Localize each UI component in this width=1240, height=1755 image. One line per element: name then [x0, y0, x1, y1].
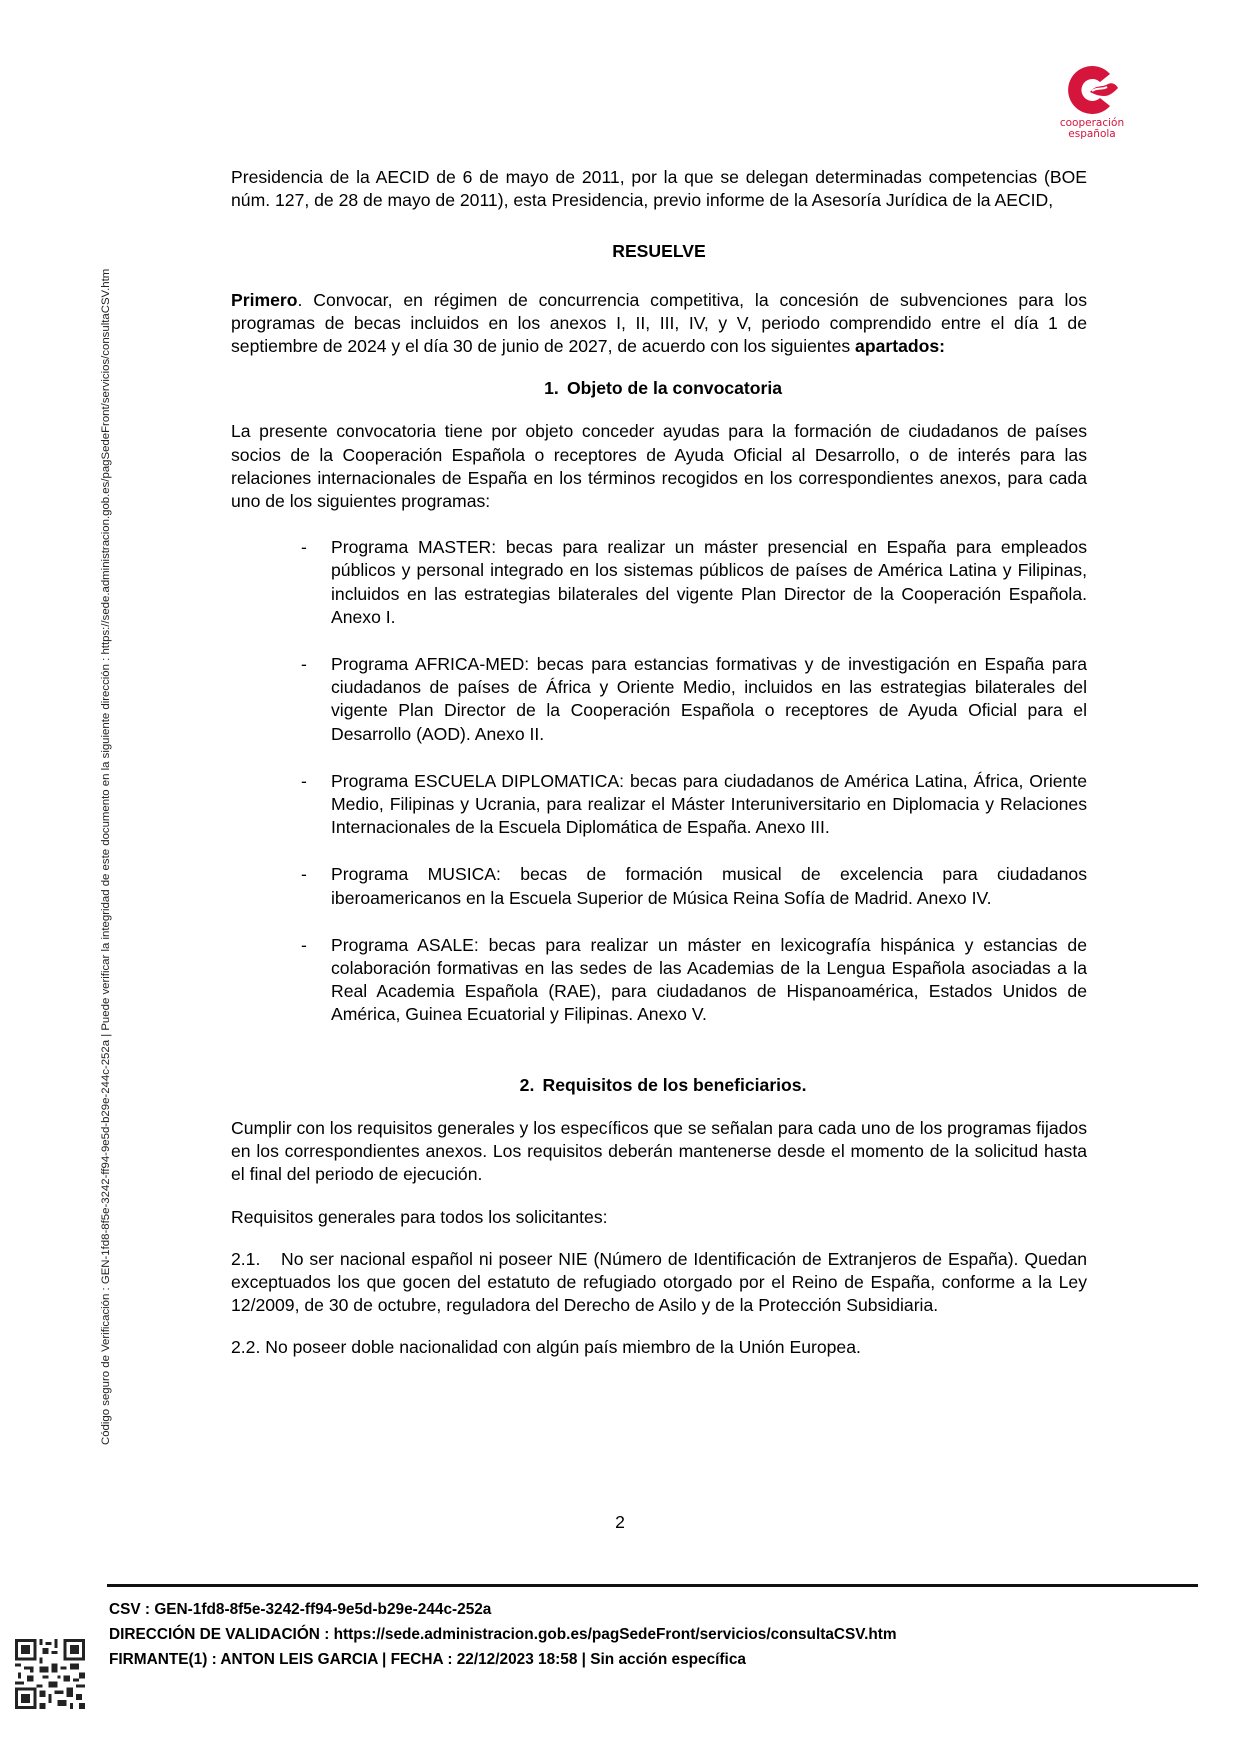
- document-body: Presidencia de la AECID de 6 de mayo de …: [231, 166, 1087, 1360]
- section-2-heading: 2.Requisitos de los beneficiarios.: [231, 1074, 1087, 1097]
- primero-text: . Convocar, en régimen de concurrencia c…: [231, 290, 1087, 356]
- program-text: Programa ESCUELA DIPLOMATICA: becas para…: [331, 771, 1087, 837]
- footer-divider: [107, 1584, 1198, 1587]
- requirement-2-1: 2.1.No ser nacional español ni poseer NI…: [231, 1248, 1087, 1318]
- program-item: - Programa AFRICA-MED: becas para estanc…: [231, 653, 1087, 746]
- bullet-dash: -: [301, 536, 307, 559]
- requirement-2-1-text: No ser nacional español ni poseer NIE (N…: [231, 1249, 1087, 1315]
- general-requirements-intro: Requisitos generales para todos los soli…: [231, 1206, 1087, 1229]
- signer-info: FIRMANTE(1) : ANTON LEIS GARCIA | FECHA …: [109, 1647, 897, 1672]
- bullet-dash: -: [301, 863, 307, 886]
- program-item: - Programa ESCUELA DIPLOMATICA: becas pa…: [231, 770, 1087, 840]
- bullet-dash: -: [301, 653, 307, 676]
- section-1-title: Objeto de la convocatoria: [567, 378, 782, 398]
- signature-footer: CSV : GEN-1fd8-8f5e-3242-ff94-9e5d-b29e-…: [109, 1597, 897, 1672]
- requirement-2-1-number: 2.1.: [231, 1248, 281, 1271]
- apartados-label: apartados:: [855, 336, 945, 356]
- intro-paragraph: Presidencia de la AECID de 6 de mayo de …: [231, 166, 1087, 212]
- program-item: - Programa MUSICA: becas de formación mu…: [231, 863, 1087, 909]
- program-item: - Programa ASALE: becas para realizar un…: [231, 934, 1087, 1027]
- primero-label: Primero: [231, 290, 298, 310]
- program-text: Programa MASTER: becas para realizar un …: [331, 537, 1087, 627]
- section-1-heading: 1.Objeto de la convocatoria: [231, 377, 1087, 400]
- resuelve-heading: RESUELVE: [231, 240, 1087, 263]
- qr-code-icon: [12, 1636, 88, 1712]
- requirement-2-2: 2.2. No poseer doble nacionalidad con al…: [231, 1336, 1087, 1359]
- program-item: - Programa MASTER: becas para realizar u…: [231, 536, 1087, 629]
- program-text: Programa ASALE: becas para realizar un m…: [331, 935, 1087, 1025]
- section-2-number: 2.: [512, 1074, 543, 1097]
- cooperacion-logo-icon: [1064, 62, 1120, 118]
- cooperacion-espanola-logo: cooperación española: [1052, 62, 1132, 152]
- section-1-number: 1.: [536, 377, 567, 400]
- section-2-title: Requisitos de los beneficiarios.: [543, 1075, 807, 1095]
- program-text: Programa MUSICA: becas de formación musi…: [331, 864, 1087, 907]
- page-number: 2: [0, 1512, 1240, 1533]
- bullet-dash: -: [301, 934, 307, 957]
- bullet-dash: -: [301, 770, 307, 793]
- csv-code: CSV : GEN-1fd8-8f5e-3242-ff94-9e5d-b29e-…: [109, 1597, 897, 1622]
- validation-address[interactable]: DIRECCIÓN DE VALIDACIÓN : https://sede.a…: [109, 1622, 897, 1647]
- section-2-paragraph: Cumplir con los requisitos generales y l…: [231, 1117, 1087, 1187]
- primero-paragraph: Primero. Convocar, en régimen de concurr…: [231, 289, 1087, 359]
- section-1-paragraph: La presente convocatoria tiene por objet…: [231, 420, 1087, 513]
- program-text: Programa AFRICA-MED: becas para estancia…: [331, 654, 1087, 744]
- side-verification-text: Código seguro de Verificación : GEN-1fd8…: [100, 269, 112, 1445]
- logo-line-2: española: [1052, 129, 1132, 140]
